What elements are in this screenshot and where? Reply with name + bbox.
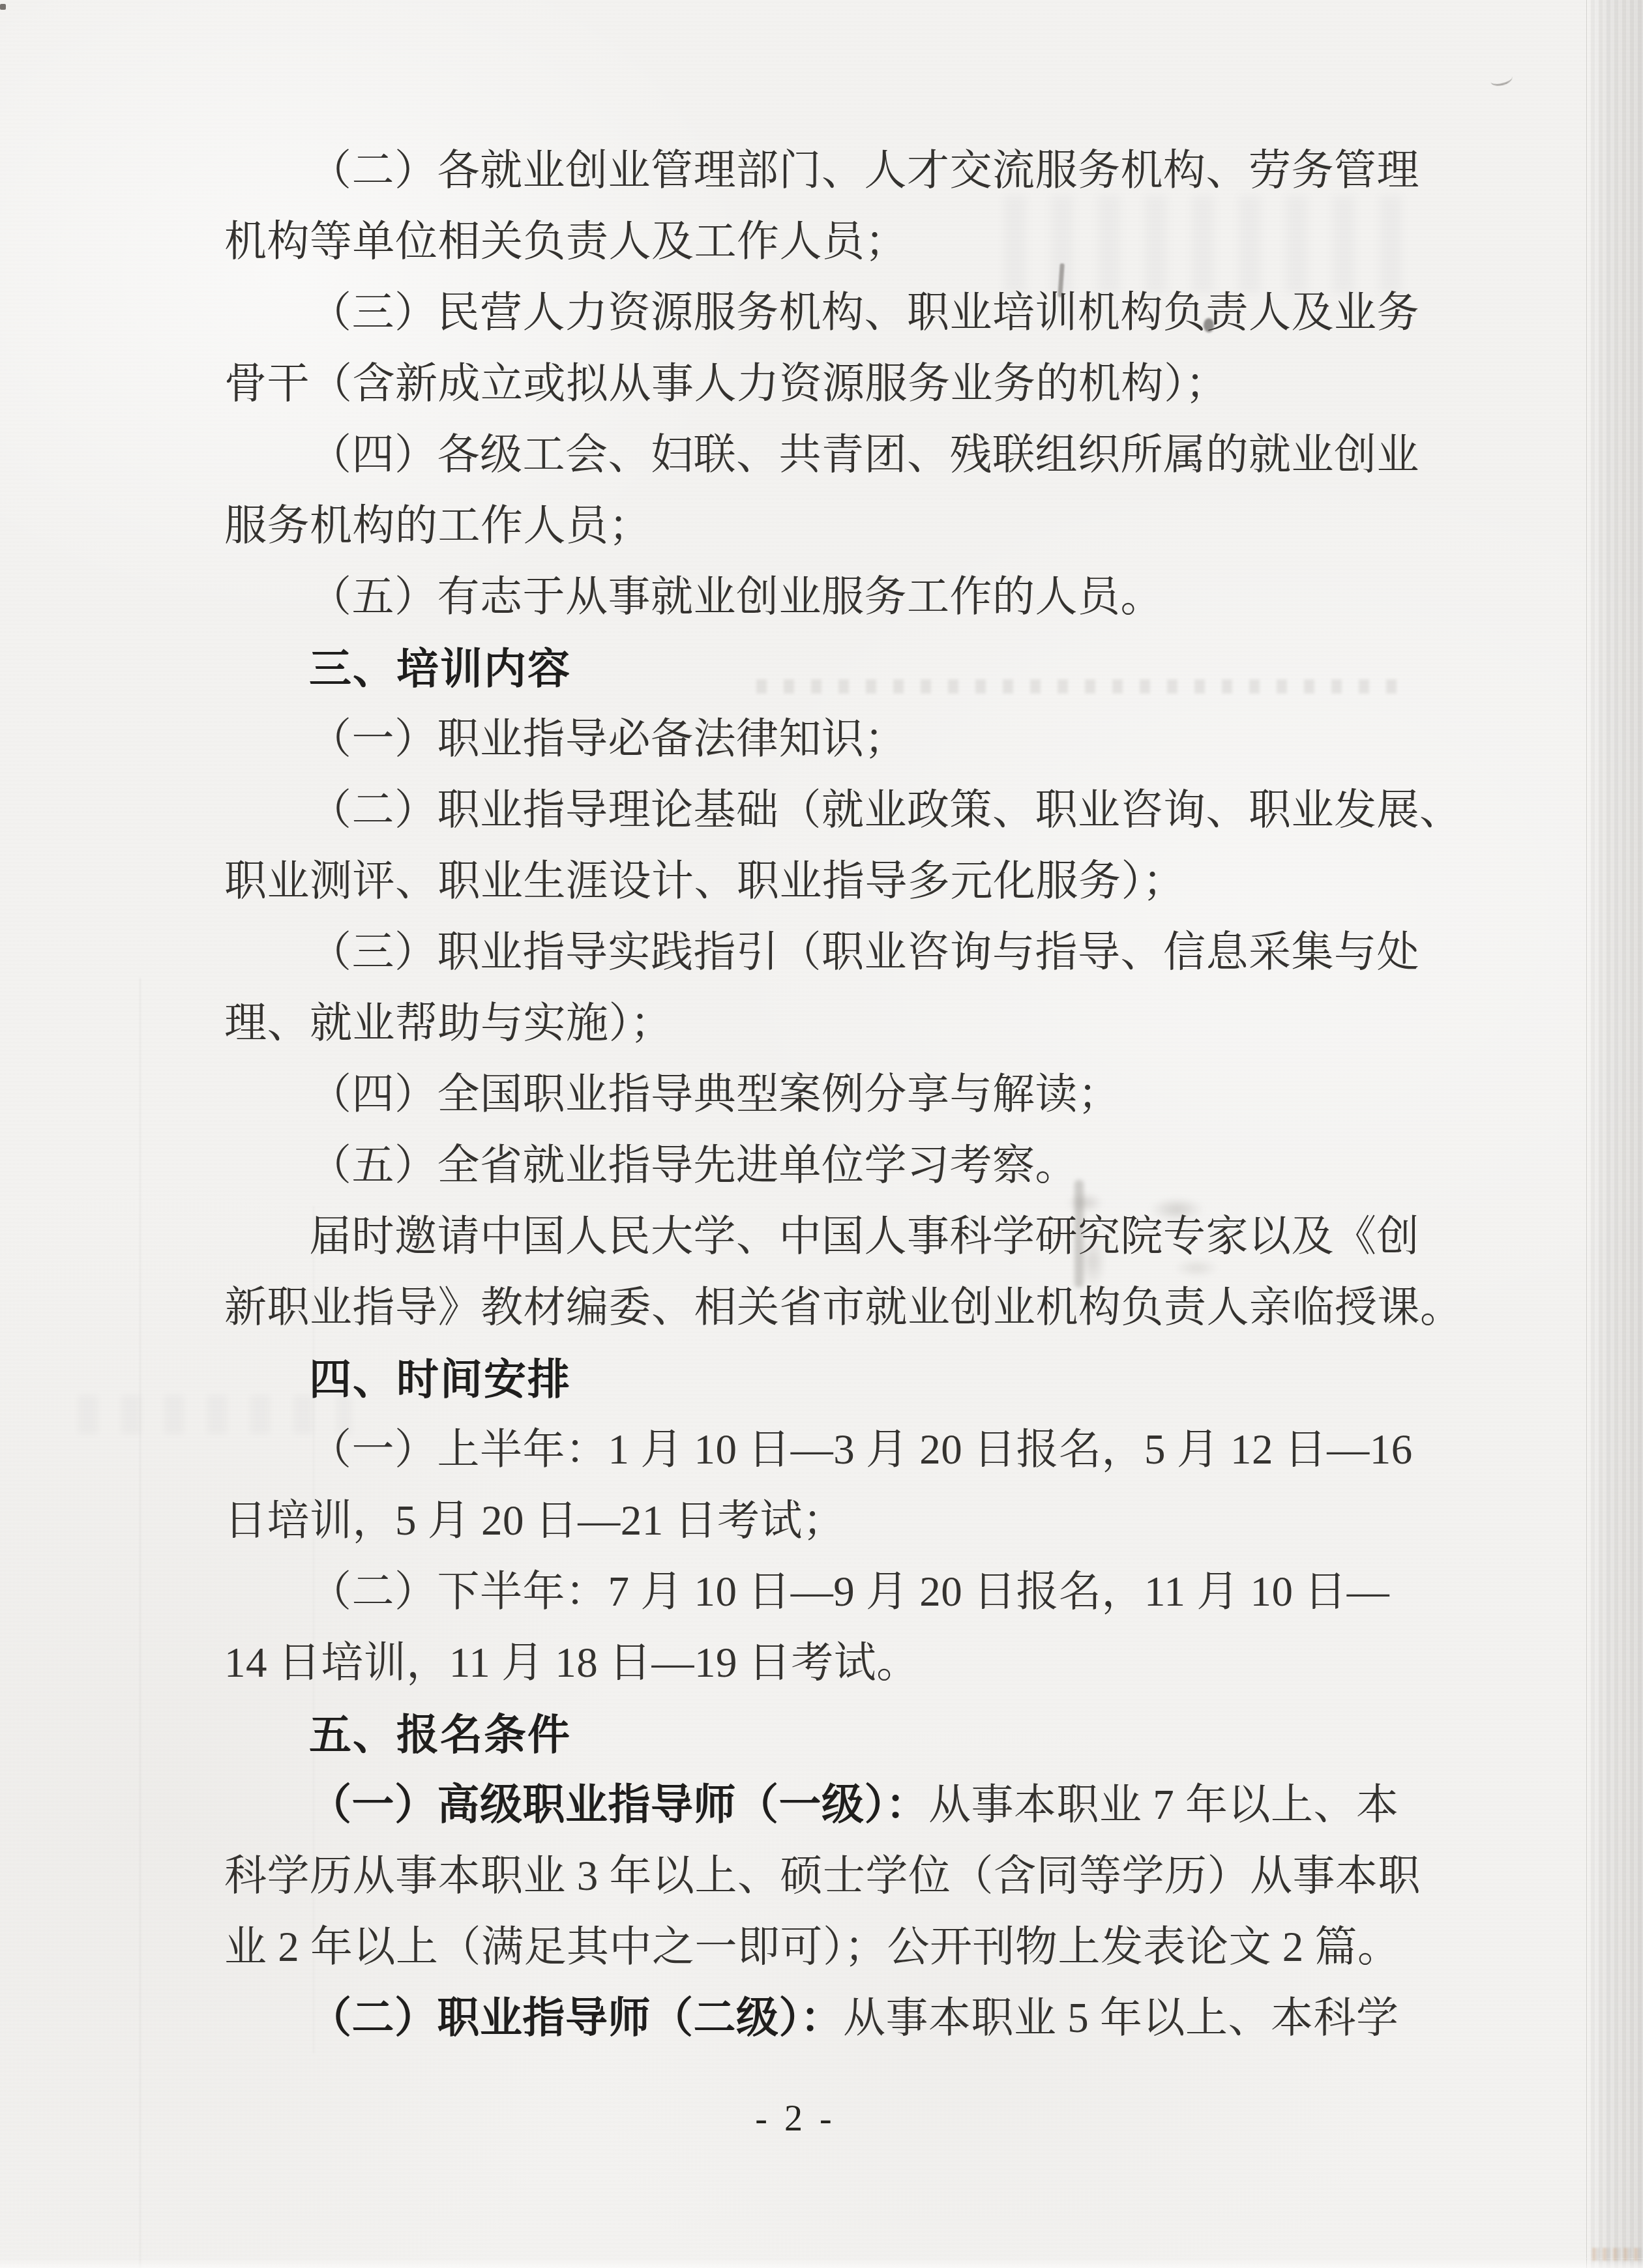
line-text: （二）下半年：7 月 10 日—9 月 20 日报名，11 月 10 日—: [309, 1568, 1389, 1615]
text-line: 服务机构的工作人员；: [224, 491, 1417, 562]
watermark-fragment: [1592, 2248, 1642, 2261]
line-text: （五）全省就业指导先进单位学习考察。: [309, 1142, 1078, 1189]
line-text: （五）有志于从事就业创业服务工作的人员。: [309, 574, 1163, 621]
bold-lead-in: （二）职业指导师（二级）：: [309, 1995, 843, 2042]
text-line: （二）各就业创业管理部门、人才交流服务机构、劳务管理: [224, 136, 1417, 207]
line-text: 三、培训内容: [309, 645, 571, 692]
line-text: 五、报名条件: [309, 1711, 571, 1758]
line-text: 机构等单位相关负责人及工作人员；: [224, 218, 908, 265]
text-line: 新职业指导》教材编委、相关省市就业创业机构负责人亲临授课。: [224, 1273, 1417, 1344]
text-line: 骨干（含新成立或拟从事人力资源服务业务的机构）；: [224, 349, 1417, 420]
line-text: 新职业指导》教材编委、相关省市就业创业机构负责人亲临授课。: [224, 1284, 1463, 1331]
line-text: 职业测评、职业生涯设计、职业指导多元化服务）；: [224, 858, 1185, 905]
text-line: 14 日培训，11 月 18 日—19 日考试。: [224, 1628, 1417, 1699]
text-line: （一）高级职业指导师（一级）：从事本职业 7 年以上、本: [224, 1770, 1417, 1841]
text-line: （一）职业指导必备法律知识；: [224, 704, 1417, 775]
scanner-edge: [0, 2258, 1643, 2268]
section-heading: 五、报名条件: [224, 1699, 1417, 1770]
text-line: （四）各级工会、妇联、共青团、残联组织所属的就业创业: [224, 420, 1417, 491]
line-text: （二）各就业创业管理部门、人才交流服务机构、劳务管理: [309, 147, 1419, 194]
text-line: （二）职业指导师（二级）：从事本职业 5 年以上、本科学: [224, 1983, 1417, 2054]
line-text: 届时邀请中国人民大学、中国人事科学研究院专家以及《创: [309, 1213, 1419, 1260]
line-text: 日培训，5 月 20 日—21 日考试；: [224, 1497, 846, 1544]
text-line: 职业测评、职业生涯设计、职业指导多元化服务）；: [224, 846, 1417, 917]
line-text: 理、就业帮助与实施）；: [224, 1000, 673, 1047]
line-text: 从事本职业 7 年以上、本: [928, 1782, 1399, 1829]
text-line: （三）民营人力资源服务机构、职业培训机构负责人及业务: [224, 278, 1417, 349]
line-text: （一）上半年：1 月 10 日—3 月 20 日报名，5 月 12 日—16: [309, 1426, 1413, 1473]
paper-crease: [140, 978, 141, 2268]
text-line: （四）全国职业指导典型案例分享与解读；: [224, 1059, 1417, 1130]
scanned-document-page: { "colors": { "paper": "#f3f2f0", "ink":…: [0, 0, 1643, 2268]
line-text: （三）民营人力资源服务机构、职业培训机构负责人及业务: [309, 289, 1419, 336]
line-text: 科学历从事本职业 3 年以上、硕士学位（含同等学历）从事本职: [224, 1853, 1421, 1900]
text-line: （二）职业指导理论基础（就业政策、职业咨询、职业发展、: [224, 775, 1417, 846]
text-line: 理、就业帮助与实施）；: [224, 988, 1417, 1059]
page-number: - 2 -: [0, 2098, 1617, 2140]
line-text: （四）各级工会、妇联、共青团、残联组织所属的就业创业: [309, 432, 1419, 479]
text-line: （五）有志于从事就业创业服务工作的人员。: [224, 562, 1417, 633]
text-line: 日培训，5 月 20 日—21 日考试；: [224, 1486, 1417, 1557]
line-text: 从事本职业 5 年以上、本科学: [843, 1995, 1399, 2042]
line-text: （一）职业指导必备法律知识；: [309, 716, 907, 763]
line-text: 业 2 年以上（满足其中之一即可）；公开刊物上发表论文 2 篇。: [224, 1924, 1400, 1971]
text-line: （五）全省就业指导先进单位学习考察。: [224, 1130, 1417, 1201]
line-text: （四）全国职业指导典型案例分享与解读；: [309, 1071, 1121, 1118]
text-line: （二）下半年：7 月 10 日—9 月 20 日报名，11 月 10 日—: [224, 1557, 1417, 1628]
document-text: （二）各就业创业管理部门、人才交流服务机构、劳务管理机构等单位相关负责人及工作人…: [224, 136, 1417, 2054]
line-text: 四、时间安排: [309, 1355, 571, 1403]
text-line: 届时邀请中国人民大学、中国人事科学研究院专家以及《创: [224, 1201, 1417, 1273]
text-line: 机构等单位相关负责人及工作人员；: [224, 207, 1417, 278]
text-line: （一）上半年：1 月 10 日—3 月 20 日报名，5 月 12 日—16: [224, 1415, 1417, 1486]
line-text: 14 日培训，11 月 18 日—19 日考试。: [224, 1640, 919, 1686]
page-edge-shadow: [1586, 0, 1643, 2268]
section-heading: 三、培训内容: [224, 633, 1417, 704]
section-heading: 四、时间安排: [224, 1344, 1417, 1415]
text-line: （三）职业指导实践指引（职业咨询与指导、信息采集与处: [224, 917, 1417, 988]
scan-speck: [0, 4, 6, 10]
line-text: 服务机构的工作人员；: [224, 503, 651, 550]
line-text: 骨干（含新成立或拟从事人力资源服务业务的机构）；: [224, 361, 1228, 407]
line-text: （三）职业指导实践指引（职业咨询与指导、信息采集与处: [309, 929, 1419, 976]
bold-lead-in: （一）高级职业指导师（一级）：: [309, 1782, 928, 1829]
text-line: 科学历从事本职业 3 年以上、硕士学位（含同等学历）从事本职: [224, 1841, 1417, 1912]
line-text: （二）职业指导理论基础（就业政策、职业咨询、职业发展、: [309, 787, 1462, 834]
text-line: 业 2 年以上（满足其中之一即可）；公开刊物上发表论文 2 篇。: [224, 1912, 1417, 1983]
